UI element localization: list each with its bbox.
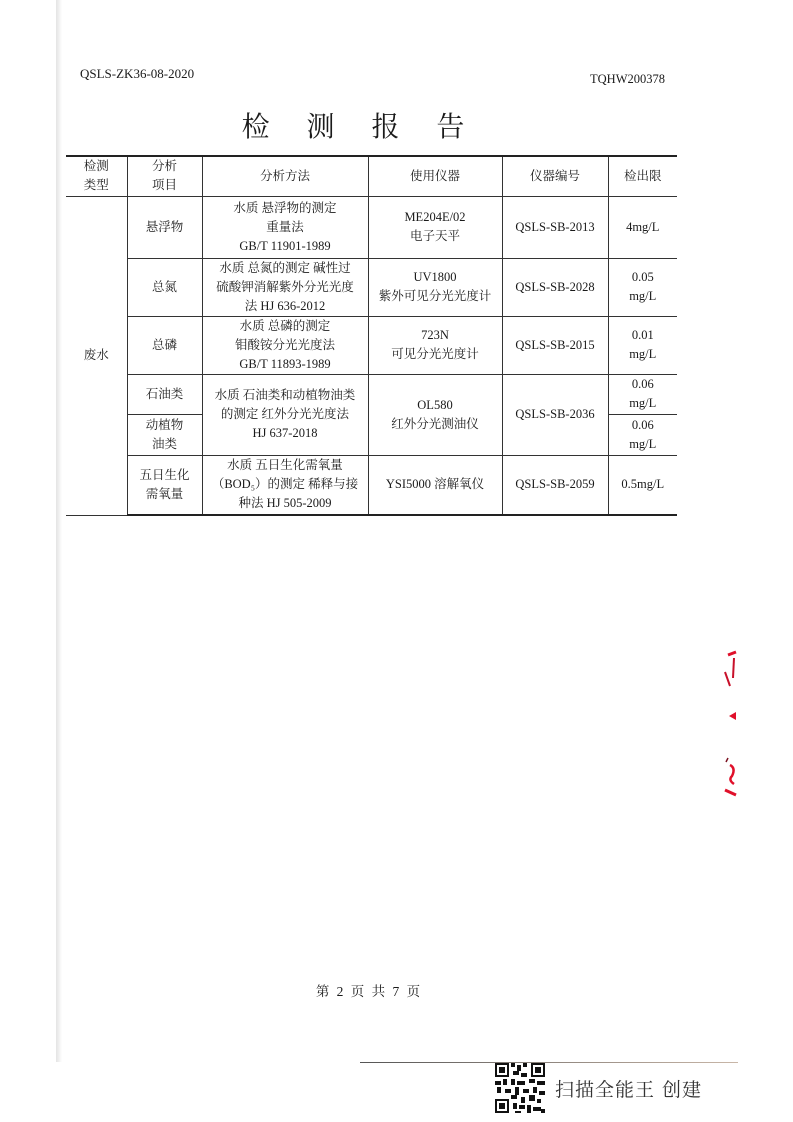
- table-row: 五日生化需氧量 水质 五日生化需氧量（BOD₅）的测定 稀释与接种法 HJ 50…: [66, 455, 677, 515]
- red-seal-stamp-fragment: [722, 650, 742, 800]
- method-cell: 水质 悬浮物的测定重量法GB/T 11901-1989: [202, 196, 368, 258]
- item-cell: 动植物油类: [127, 414, 202, 455]
- item-cell: 五日生化需氧量: [127, 455, 202, 515]
- test-methods-table: 检测类型 分析项目 分析方法 使用仪器 仪器编号 检出限 废水 悬浮物 水质 悬…: [66, 155, 677, 516]
- col-header-method: 分析方法: [202, 156, 368, 196]
- instrument-cell: OL580红外分光测油仪: [368, 374, 502, 455]
- page-indicator: 第 2 页 共 7 页: [0, 980, 736, 1000]
- item-cell: 悬浮物: [127, 196, 202, 258]
- col-header-instrument: 使用仪器: [368, 156, 502, 196]
- page-title: 检 测 报 告: [0, 105, 720, 145]
- instrument-no-cell: QSLS-SB-2059: [502, 455, 608, 515]
- table-row: 总磷 水质 总磷的测定钼酸铵分光光度法GB/T 11893-1989 723N可…: [66, 316, 677, 374]
- limit-cell: 4mg/L: [608, 196, 677, 258]
- limit-cell: 0.06mg/L: [608, 374, 677, 414]
- footer-divider: [360, 1062, 738, 1063]
- instrument-cell: YSI5000 溶解氧仪: [368, 455, 502, 515]
- instrument-cell: UV1800紫外可见分光光度计: [368, 258, 502, 316]
- col-header-item: 分析项目: [127, 156, 202, 196]
- table-row: 废水 悬浮物 水质 悬浮物的测定重量法GB/T 11901-1989 ME204…: [66, 196, 677, 258]
- col-header-type: 检测类型: [66, 156, 127, 196]
- limit-cell: 0.5mg/L: [608, 455, 677, 515]
- col-header-limit: 检出限: [608, 156, 677, 196]
- col-header-instrument-no: 仪器编号: [502, 156, 608, 196]
- limit-cell: 0.01mg/L: [608, 316, 677, 374]
- table-row: 石油类 水质 石油类和动植物油类的测定 红外分光光度法HJ 637-2018 O…: [66, 374, 677, 414]
- instrument-no-cell: QSLS-SB-2015: [502, 316, 608, 374]
- limit-cell: 0.05mg/L: [608, 258, 677, 316]
- qr-code-icon: [495, 1063, 545, 1113]
- item-cell: 总磷: [127, 316, 202, 374]
- table-row: 总氮 水质 总氮的测定 碱性过硫酸钾消解紫外分光光度法 HJ 636-2012 …: [66, 258, 677, 316]
- instrument-no-cell: QSLS-SB-2036: [502, 374, 608, 455]
- table-header-row: 检测类型 分析项目 分析方法 使用仪器 仪器编号 检出限: [66, 156, 677, 196]
- instrument-no-cell: QSLS-SB-2028: [502, 258, 608, 316]
- report-number: TQHW200378: [590, 72, 665, 87]
- document-code: QSLS-ZK36-08-2020: [80, 66, 194, 82]
- item-cell: 石油类: [127, 374, 202, 414]
- instrument-cell: ME204E/02电子天平: [368, 196, 502, 258]
- item-cell: 总氮: [127, 258, 202, 316]
- method-cell: 水质 五日生化需氧量（BOD₅）的测定 稀释与接种法 HJ 505-2009: [202, 455, 368, 515]
- limit-cell: 0.06mg/L: [608, 414, 677, 455]
- instrument-cell: 723N可见分光光度计: [368, 316, 502, 374]
- method-cell: 水质 石油类和动植物油类的测定 红外分光光度法HJ 637-2018: [202, 374, 368, 455]
- method-cell: 水质 总磷的测定钼酸铵分光光度法GB/T 11893-1989: [202, 316, 368, 374]
- scan-edge-shadow: [56, 0, 62, 1062]
- method-cell: 水质 总氮的测定 碱性过硫酸钾消解紫外分光光度法 HJ 636-2012: [202, 258, 368, 316]
- sample-type-cell: 废水: [66, 196, 127, 515]
- scanner-watermark: 扫描全能王 创建: [555, 1075, 702, 1102]
- instrument-no-cell: QSLS-SB-2013: [502, 196, 608, 258]
